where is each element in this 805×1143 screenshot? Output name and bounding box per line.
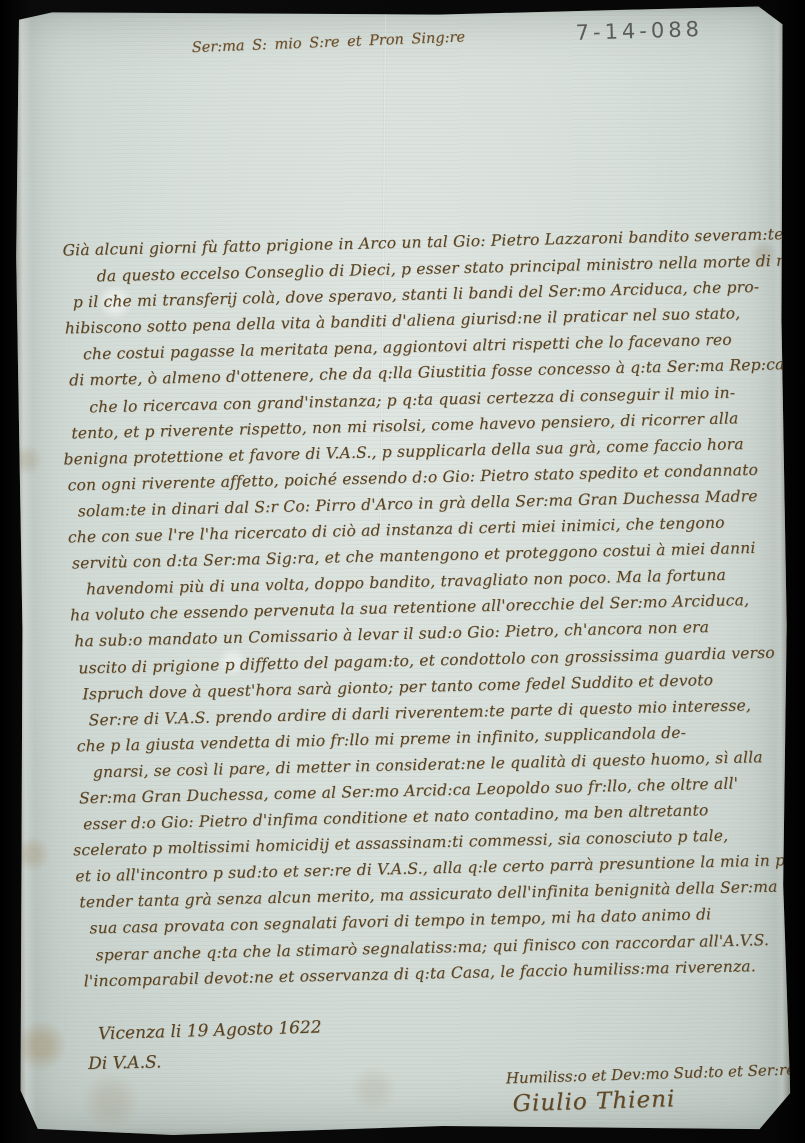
signature-name: Giulio Thieni: [512, 1082, 797, 1117]
salutation-line: Ser:ma S: mio S:re et Pron Sing:re: [191, 28, 491, 56]
right-torn-edge: [772, 6, 791, 1132]
place-date-line: Vicenza li 19 Agosto 1622: [98, 1017, 322, 1044]
archive-reference-number: 7-14-088: [575, 17, 703, 45]
left-fold-edge: [14, 10, 37, 1136]
manuscript-page: 7-14-088 Ser:ma S: mio S:re et Pron Sing…: [14, 6, 791, 1135]
photo-backdrop: 7-14-088 Ser:ma S: mio S:re et Pron Sing…: [0, 0, 805, 1143]
letter-body: Già alcuni giorni fù fatto prigione in A…: [61, 234, 769, 994]
signature-block: Humiliss:o et Dev:mo Sud:to et Ser:re Gi…: [506, 1061, 797, 1118]
address-line: Di V.A.S.: [88, 1052, 162, 1074]
